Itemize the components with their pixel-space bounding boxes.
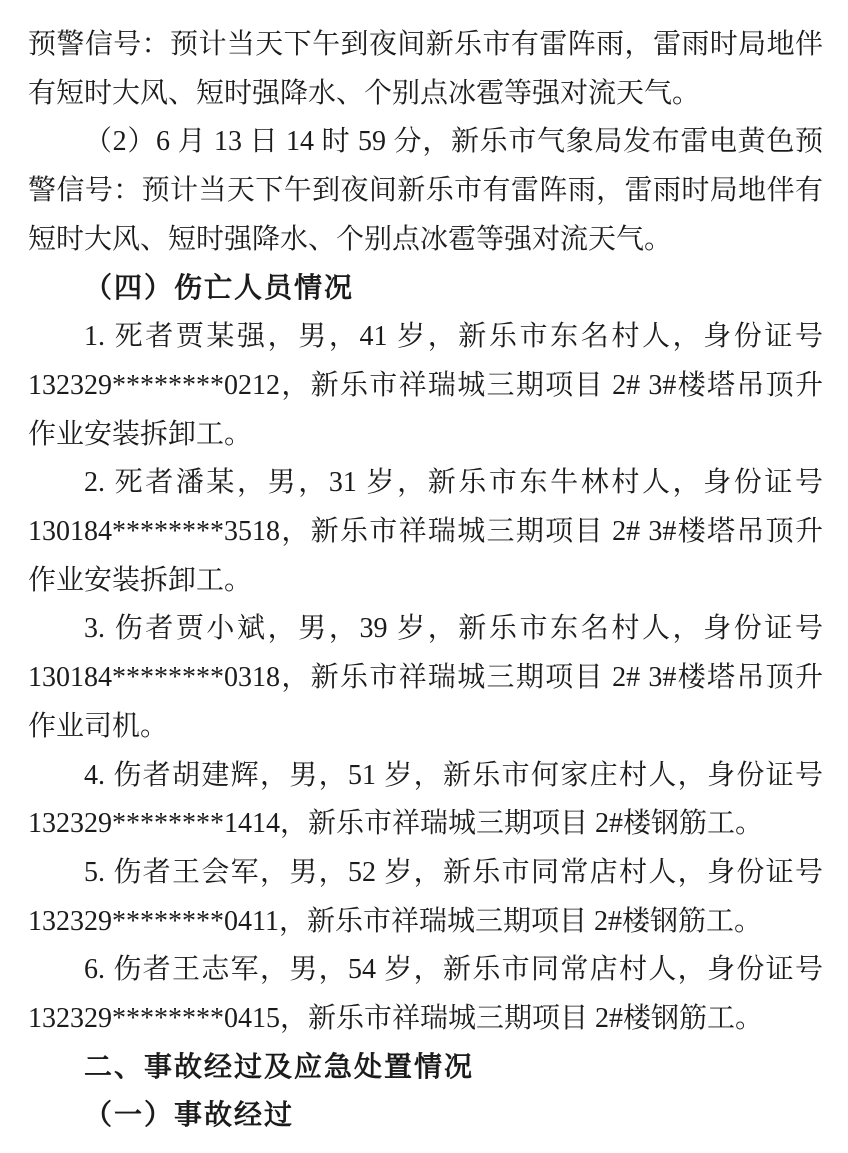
text-line: 2. 死者潘某，男，31 岁，新乐市东牛林村人，身份证号	[28, 459, 823, 508]
paragraph: （2）6 月 13 日 14 时 59 分，新乐市气象局发布雷电黄色预警信号：预…	[28, 118, 823, 264]
text-line: 作业安装拆卸工。	[28, 411, 823, 460]
text-line: （四）伤亡人员情况	[28, 265, 823, 314]
document-page: 预警信号：预计当天下午到夜间新乐市有雷阵雨，雷雨时局地伴有短时大风、短时强降水、…	[0, 0, 848, 1153]
section-heading: 二、事故经过及应急处置情况	[28, 1044, 823, 1093]
text-line: 警信号：预计当天下午到夜间新乐市有雷阵雨，雷雨时局地伴有	[28, 167, 823, 216]
text-line: 130184********3518，新乐市祥瑞城三期项目 2# 3#楼塔吊顶升	[28, 508, 823, 557]
paragraph: 4. 伤者胡建辉，男，51 岁，新乐市何家庄村人，身份证号132329*****…	[28, 752, 823, 849]
text-line: 3. 伤者贾小斌，男，39 岁，新乐市东名村人，身份证号	[28, 605, 823, 654]
text-line: 4. 伤者胡建辉，男，51 岁，新乐市何家庄村人，身份证号	[28, 752, 823, 801]
paragraph: 2. 死者潘某，男，31 岁，新乐市东牛林村人，身份证号130184******…	[28, 459, 823, 605]
text-line: 5. 伤者王会军，男，52 岁，新乐市同常店村人，身份证号	[28, 849, 823, 898]
text-line: 132329********0411，新乐市祥瑞城三期项目 2#楼钢筋工。	[28, 898, 823, 947]
text-line: 1. 死者贾某强，男，41 岁，新乐市东名村人，身份证号	[28, 313, 823, 362]
text-line: （2）6 月 13 日 14 时 59 分，新乐市气象局发布雷电黄色预	[28, 118, 823, 167]
paragraph: 预警信号：预计当天下午到夜间新乐市有雷阵雨，雷雨时局地伴有短时大风、短时强降水、…	[28, 21, 823, 118]
paragraph: 1. 死者贾某强，男，41 岁，新乐市东名村人，身份证号132329******…	[28, 313, 823, 459]
text-line: 作业安装拆卸工。	[28, 557, 823, 606]
text-line: 作业司机。	[28, 703, 823, 752]
text-line: 二、事故经过及应急处置情况	[28, 1044, 823, 1093]
paragraph: 6. 伤者王志军，男，54 岁，新乐市同常店村人，身份证号132329*****…	[28, 946, 823, 1043]
text-line: 132329********0212，新乐市祥瑞城三期项目 2# 3#楼塔吊顶升	[28, 362, 823, 411]
text-line: 6. 伤者王志军，男，54 岁，新乐市同常店村人，身份证号	[28, 946, 823, 995]
section-heading: （四）伤亡人员情况	[28, 265, 823, 314]
text-line: （一）事故经过	[28, 1092, 823, 1141]
text-line: 132329********0415，新乐市祥瑞城三期项目 2#楼钢筋工。	[28, 995, 823, 1044]
text-line: 预警信号：预计当天下午到夜间新乐市有雷阵雨，雷雨时局地伴	[28, 21, 823, 70]
paragraph: 3. 伤者贾小斌，男，39 岁，新乐市东名村人，身份证号130184******…	[28, 605, 823, 751]
text-line: 短时大风、短时强降水、个别点冰雹等强对流天气。	[28, 216, 823, 265]
text-line: 132329********1414，新乐市祥瑞城三期项目 2#楼钢筋工。	[28, 800, 823, 849]
text-line: 有短时大风、短时强降水、个别点冰雹等强对流天气。	[28, 70, 823, 119]
section-heading: （一）事故经过	[28, 1092, 823, 1141]
paragraph: 5. 伤者王会军，男，52 岁，新乐市同常店村人，身份证号132329*****…	[28, 849, 823, 946]
text-line: 130184********0318，新乐市祥瑞城三期项目 2# 3#楼塔吊顶升	[28, 654, 823, 703]
